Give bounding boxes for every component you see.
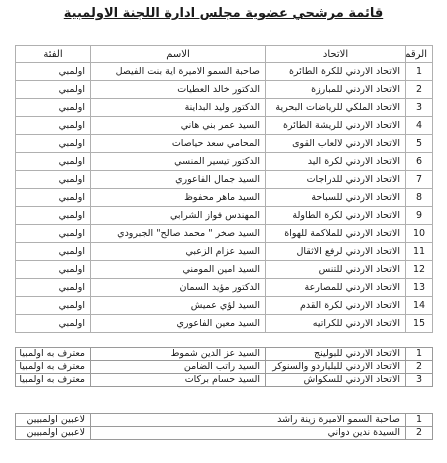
cell-name: الدكتور وليد البداينة [91,99,266,117]
cell-name: السيد صخر " محمد صالح" الجبرودي [91,225,266,243]
cell-category: معترف به اولمبيا [16,374,91,387]
cell-federation: الاتحاد الاردني للدراجات [266,171,406,189]
table-row: 1الاتحاد الاردني للكرة الطائرةصاحبة السم… [16,63,433,81]
table-row: 6الاتحاد الاردني لكرة اليدالدكتور تيسير … [16,153,433,171]
cell-federation: الاتحاد الاردني للسكواش [266,374,406,387]
cell-name: السيد عز الدين شموط [91,348,266,361]
table-row: 2الاتحاد الاردني للبلياردو والسنوكرالسيد… [16,361,433,374]
cell-category: اولمبي [16,99,91,117]
cell-federation: الاتحاد الاردني لكرة القدم [266,297,406,315]
cell-num: 5 [406,135,433,153]
cell-name: السيد امين المومني [91,261,266,279]
page-title: قائمة مرشحي عضوية مجلس ادارة اللجنة الاو… [0,6,447,21]
cell-category: اولمبي [16,153,91,171]
cell-federation: الاتحاد الاردني لكرة الطاولة [266,207,406,225]
cell-category: اولمبي [16,279,91,297]
cell-federation: الاتحاد الاردني لكرة اليد [266,153,406,171]
cell-category: اولمبي [16,135,91,153]
cell-name: السيد لؤي عميش [91,297,266,315]
cell-category: اولمبي [16,315,91,333]
cell-category: معترف به اولمبيا [16,348,91,361]
cell-category: اولمبي [16,207,91,225]
cell-name: الدكتور مؤيد السمان [91,279,266,297]
table-row: 8الاتحاد الاردني للسباحةالسيد ماهر محفوظ… [16,189,433,207]
cell-category: اولمبي [16,189,91,207]
cell-name: السيد عمر بني هاني [91,117,266,135]
page-title-text: قائمة مرشحي عضوية مجلس ادارة اللجنة الاو… [64,6,383,21]
cell-num: 4 [406,117,433,135]
cell-name: صاحبة السمو الاميرة زينة راشد [91,414,406,427]
table-row: 3الاتحاد الملكي للرياضات البحريةالدكتور … [16,99,433,117]
cell-federation: الاتحاد الاردني للمصارعة [266,279,406,297]
cell-name: السيدة ندين دواني [91,427,406,440]
cell-name: صاحبة السمو الاميرة اية بنت الفيصل [91,63,266,81]
cell-num: 11 [406,243,433,261]
cell-name: السيد معين الفاعوري [91,315,266,333]
cell-num: 14 [406,297,433,315]
cell-category: معترف به اولمبيا [16,361,91,374]
cell-category: لاعبين اولمبيين [16,414,91,427]
table-row: 1الاتحاد الاردني للبولينجالسيد عز الدين … [16,348,433,361]
cell-name: السيد ماهر محفوظ [91,189,266,207]
cell-category: اولمبي [16,81,91,99]
table-row: 13الاتحاد الاردني للمصارعةالدكتور مؤيد ا… [16,279,433,297]
table-row: 3الاتحاد الاردني للسكواشالسيد حسام بركات… [16,374,433,387]
table-row: 14الاتحاد الاردني لكرة القدمالسيد لؤي عم… [16,297,433,315]
cell-category: اولمبي [16,225,91,243]
header-federation: الاتحاد [266,46,406,63]
cell-num: 2 [406,81,433,99]
cell-federation: الاتحاد الملكي للرياضات البحرية [266,99,406,117]
cell-federation: الاتحاد الاردني لرفع الاثقال [266,243,406,261]
cell-num: 8 [406,189,433,207]
table-row: 11الاتحاد الاردني لرفع الاثقالالسيد عزام… [16,243,433,261]
cell-num: 13 [406,279,433,297]
cell-num: 3 [406,99,433,117]
cell-federation: الاتحاد الاردني للكراتيه [266,315,406,333]
table-row: 12الاتحاد الاردني للتنسالسيد امين المومن… [16,261,433,279]
cell-federation: الاتحاد الاردني للبولينج [266,348,406,361]
cell-num: 12 [406,261,433,279]
cell-federation: الاتحاد الاردني للريشة الطائرة [266,117,406,135]
cell-num: 1 [406,348,433,361]
cell-num: 1 [406,63,433,81]
cell-federation: الاتحاد الاردني للكرة الطائرة [266,63,406,81]
table-row: 7الاتحاد الاردني للدراجاتالسيد جمال الفا… [16,171,433,189]
cell-num: 9 [406,207,433,225]
cell-federation: الاتحاد الاردني للملاكمة للهواة [266,225,406,243]
header-num: الرقم [406,46,433,63]
table-row: 2الاتحاد الاردني للمبارزةالدكتور خالد ال… [16,81,433,99]
cell-federation: الاتحاد الاردني لالعاب القوى [266,135,406,153]
header-name: الاسم [91,46,266,63]
cell-num: 2 [406,427,433,440]
table-row: 4الاتحاد الاردني للريشة الطائرةالسيد عمر… [16,117,433,135]
cell-num: 1 [406,414,433,427]
cell-name: المحامي سعد حياصات [91,135,266,153]
table-row: 5الاتحاد الاردني لالعاب القوىالمحامي سعد… [16,135,433,153]
table-row: 10الاتحاد الاردني للملاكمة للهواةالسيد ص… [16,225,433,243]
cell-category: اولمبي [16,63,91,81]
cell-num: 15 [406,315,433,333]
cell-num: 7 [406,171,433,189]
table-row: 15الاتحاد الاردني للكراتيهالسيد معين الف… [16,315,433,333]
cell-num: 3 [406,374,433,387]
cell-category: اولمبي [16,171,91,189]
table-row: 9الاتحاد الاردني لكرة الطاولةالمهندس فوا… [16,207,433,225]
cell-category: لاعبين اولمبيين [16,427,91,440]
cell-category: اولمبي [16,117,91,135]
candidates-table: الرقم الاتحاد الاسم الفئة 1الاتحاد الارد… [15,45,433,333]
cell-federation: الاتحاد الاردني للبلياردو والسنوكر [266,361,406,374]
table-row: 1صاحبة السمو الاميرة زينة راشدلاعبين اول… [16,414,433,427]
cell-num: 2 [406,361,433,374]
cell-num: 10 [406,225,433,243]
cell-federation: الاتحاد الاردني للتنس [266,261,406,279]
cell-category: اولمبي [16,243,91,261]
cell-federation: الاتحاد الاردني للمبارزة [266,81,406,99]
cell-name: المهندس فواز الشرابي [91,207,266,225]
cell-name: السيد عزام الزعبي [91,243,266,261]
cell-name: السيد حسام بركات [91,374,266,387]
recognized-federations-table: 1الاتحاد الاردني للبولينجالسيد عز الدين … [15,347,433,387]
olympic-athletes-table: 1صاحبة السمو الاميرة زينة راشدلاعبين اول… [15,413,433,440]
cell-num: 6 [406,153,433,171]
cell-name: السيد راتب الضامن [91,361,266,374]
cell-category: اولمبي [16,297,91,315]
table-row: 2السيدة ندين دوانيلاعبين اولمبيين [16,427,433,440]
cell-name: الدكتور تيسير المنسي [91,153,266,171]
header-category: الفئة [16,46,91,63]
cell-name: السيد جمال الفاعوري [91,171,266,189]
table-header-row: الرقم الاتحاد الاسم الفئة [16,46,433,63]
cell-federation: الاتحاد الاردني للسباحة [266,189,406,207]
cell-name: الدكتور خالد العطيات [91,81,266,99]
cell-category: اولمبي [16,261,91,279]
